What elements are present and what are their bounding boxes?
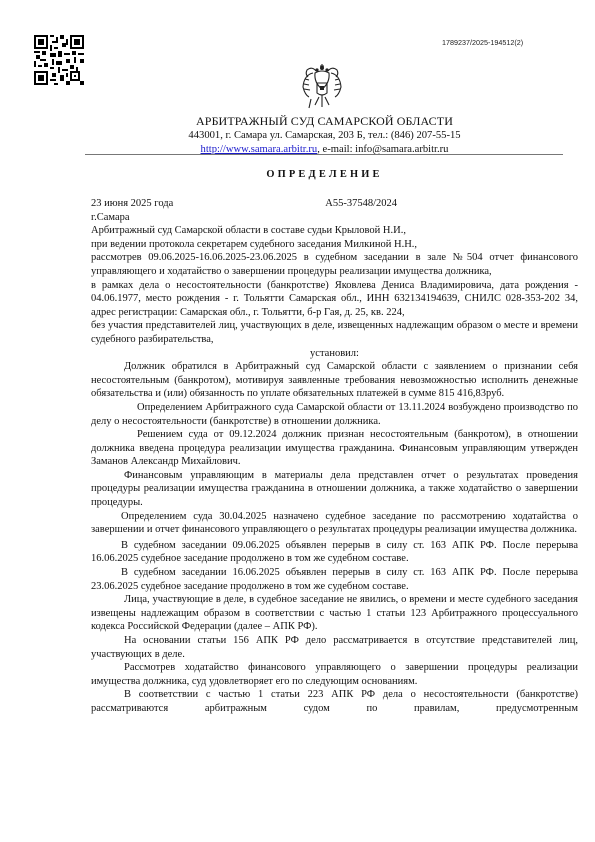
- intro-line: Арбитражный суд Самарской области в сост…: [91, 224, 578, 238]
- intro-line: в рамках дела о несостоятельности (банкр…: [91, 279, 578, 320]
- paragraph: Решением суда от 09.12.2024 должник приз…: [91, 428, 578, 469]
- coat-of-arms-icon: [299, 61, 345, 113]
- header-divider: [85, 154, 563, 155]
- document-city: г.Самара: [91, 211, 578, 225]
- document-id: 1789237/2025-194512(2): [442, 38, 523, 47]
- paragraph: В судебном заседании 09.06.2025 объявлен…: [91, 539, 578, 566]
- paragraph: На основании статьи 156 АПК РФ дело расс…: [91, 634, 578, 661]
- document-title: ОПРЕДЕЛЕНИЕ: [0, 169, 595, 180]
- qr-code-icon: [34, 35, 84, 85]
- paragraph: В судебном заседании 16.06.2025 объявлен…: [91, 566, 578, 593]
- paragraph: Определением суда 30.04.2025 назначено с…: [91, 510, 578, 537]
- case-number: А55-37548/2024: [325, 197, 397, 211]
- court-address: 443001, г. Самара ул. Самарская, 203 Б, …: [0, 129, 595, 143]
- court-header: АРБИТРАЖНЫЙ СУД САМАРСКОЙ ОБЛАСТИ 443001…: [0, 114, 595, 157]
- court-name: АРБИТРАЖНЫЙ СУД САМАРСКОЙ ОБЛАСТИ: [0, 114, 595, 129]
- paragraph: В соответствии с частью 1 статьи 223 АПК…: [91, 688, 578, 715]
- intro-line: без участия представителей лиц, участвую…: [91, 319, 578, 346]
- date-case-row: 23 июня 2025 года А55-37548/2024: [91, 197, 578, 211]
- established-label: установил:: [91, 347, 578, 361]
- paragraph: Лица, участвующие в деле, в судебное зас…: [91, 593, 578, 634]
- paragraph: Определением Арбитражного суда Самарской…: [91, 401, 578, 428]
- document-body: 23 июня 2025 года А55-37548/2024 г.Самар…: [91, 197, 578, 716]
- intro-line: рассмотрев 09.06.2025-16.06.2025-23.06.2…: [91, 251, 578, 278]
- paragraph: Должник обратился в Арбитражный суд Сама…: [91, 360, 578, 401]
- paragraph: Рассмотрев ходатайство финансового управ…: [91, 661, 578, 688]
- paragraph: Финансовым управляющим в материалы дела …: [91, 469, 578, 510]
- document-date: 23 июня 2025 года: [91, 197, 173, 211]
- intro-line: при ведении протокола секретарем судебно…: [91, 238, 578, 252]
